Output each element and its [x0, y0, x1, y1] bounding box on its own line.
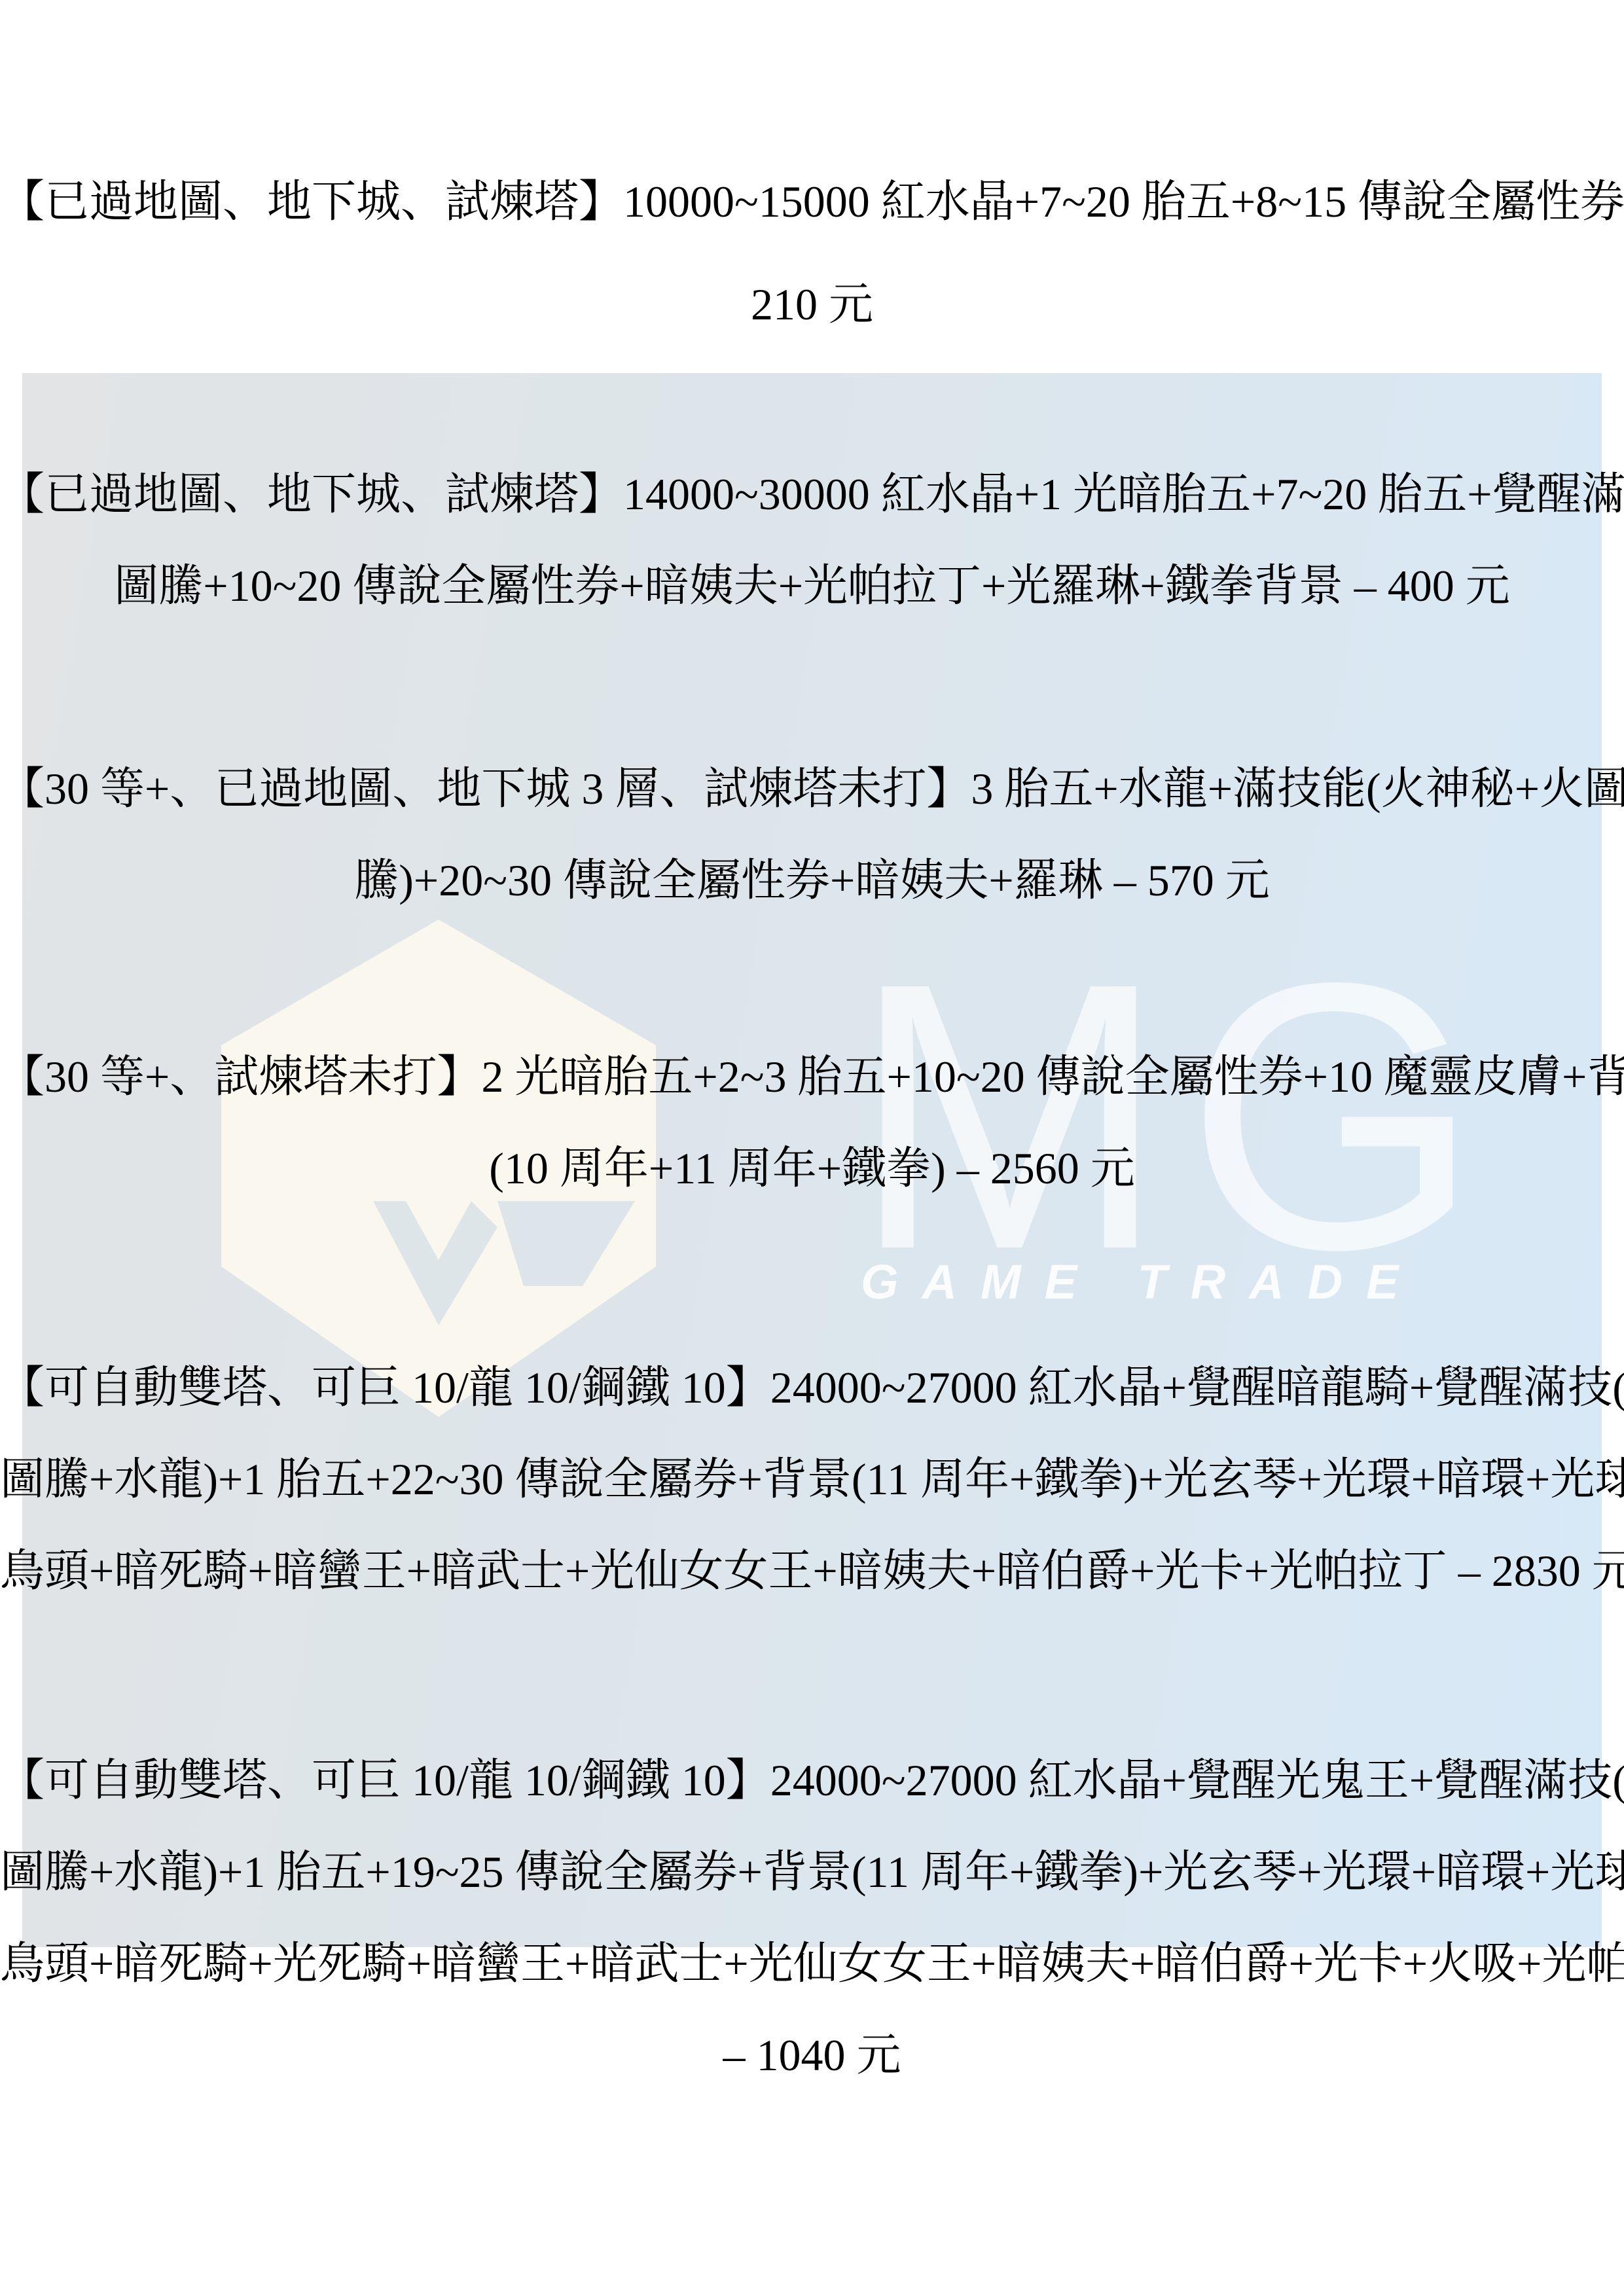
listing-line: 【可自動雙塔、可巨 10/龍 10/鋼鐵 10】24000~27000 紅水晶+…	[0, 1342, 1624, 1433]
listing-line: 【已過地圖、地下城、試煉塔】14000~30000 紅水晶+1 光暗胎五+7~2…	[0, 448, 1624, 540]
listing-line: 圖騰+水龍)+1 胎五+19~25 傳說全屬券+背景(11 周年+鐵拳)+光玄琴…	[0, 1826, 1624, 1918]
listing-line: 鳥頭+暗死騎+光死騎+暗蠻王+暗武士+光仙女女王+暗姨夫+暗伯爵+光卡+火吸+光…	[0, 1918, 1624, 2009]
listing-line: 【30 等+、已過地圖、地下城 3 層、試煉塔未打】3 胎五+水龍+滿技能(火神…	[0, 743, 1624, 834]
listing-paragraph-1: 【已過地圖、地下城、試煉塔】10000~15000 紅水晶+7~20 胎五+8~…	[0, 151, 1624, 356]
listing-line: 鳥頭+暗死騎+暗蠻王+暗武士+光仙女女王+暗姨夫+暗伯爵+光卡+光帕拉丁 – 2…	[0, 1525, 1624, 1617]
listing-paragraph-5: 【可自動雙塔、可巨 10/龍 10/鋼鐵 10】24000~27000 紅水晶+…	[0, 1342, 1624, 1617]
listing-line: 【30 等+、試煉塔未打】2 光暗胎五+2~3 胎五+10~20 傳說全屬性券+…	[0, 1031, 1624, 1122]
listing-line: 圖騰+水龍)+1 胎五+22~30 傳說全屬券+背景(11 周年+鐵拳)+光玄琴…	[0, 1433, 1624, 1525]
listing-line: 【已過地圖、地下城、試煉塔】10000~15000 紅水晶+7~20 胎五+8~…	[0, 151, 1624, 253]
listing-line: 【可自動雙塔、可巨 10/龍 10/鋼鐵 10】24000~27000 紅水晶+…	[0, 1734, 1624, 1826]
listing-line: – 1040 元	[0, 2009, 1624, 2101]
listing-paragraph-3: 【30 等+、已過地圖、地下城 3 層、試煉塔未打】3 胎五+水龍+滿技能(火神…	[0, 743, 1624, 926]
listing-paragraph-4: 【30 等+、試煉塔未打】2 光暗胎五+2~3 胎五+10~20 傳說全屬性券+…	[0, 1031, 1624, 1214]
listing-line: (10 周年+11 周年+鐵拳) – 2560 元	[0, 1122, 1624, 1214]
listing-line: 騰)+20~30 傳說全屬性券+暗姨夫+羅琳 – 570 元	[0, 834, 1624, 926]
listing-line: 圖騰+10~20 傳說全屬性券+暗姨夫+光帕拉丁+光羅琳+鐵拳背景 – 400 …	[0, 540, 1624, 632]
listing-paragraph-2: 【已過地圖、地下城、試煉塔】14000~30000 紅水晶+1 光暗胎五+7~2…	[0, 448, 1624, 632]
listing-line: 210 元	[0, 253, 1624, 356]
listing-paragraph-6: 【可自動雙塔、可巨 10/龍 10/鋼鐵 10】24000~27000 紅水晶+…	[0, 1734, 1624, 2101]
